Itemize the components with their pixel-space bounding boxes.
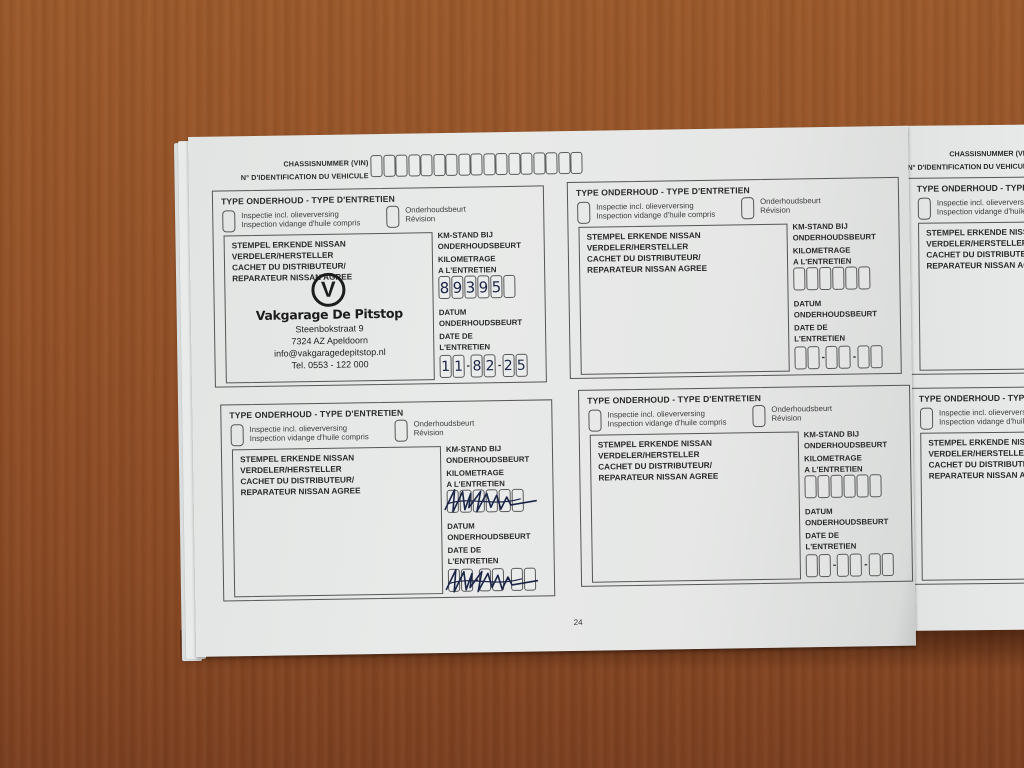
vin-cell[interactable] [395, 155, 407, 177]
option-revision-label: Onderhoudsbeurt Révision [760, 196, 821, 215]
option-oil-inspection-label: Inspectie incl. olieverversing Inspectio… [607, 409, 726, 429]
km-digit-cell[interactable] [806, 267, 818, 290]
date-cells[interactable]: 11-82-25 [439, 354, 528, 378]
entry-title: TYPE ONDERHOUD - TYPE D'ENTRETIEN [229, 408, 403, 421]
service-entry-bottom-right: TYPE ONDERHOUD - TYPE D'ENTRETIEN Inspec… [578, 385, 913, 587]
option-oil-inspection-checkbox[interactable] [231, 424, 244, 446]
km-digit-cell[interactable] [832, 267, 844, 290]
service-entry-top-left: TYPE ONDERHOUD - TYPE D'ENTRETIEN Inspec… [212, 185, 547, 387]
vin-row: CHASSISNUMMER (VIN) N° D'IDENTIFICATION … [188, 126, 908, 137]
entry-box-partial: TYPE ONDERHOUD - TYPE D'ENTRETIEN Inspec… [910, 386, 1024, 585]
option-revision-label: Onderhoudsbeurt Révision [771, 404, 832, 423]
service-entry-bottom-left: TYPE ONDERHOUD - TYPE D'ENTRETIEN Inspec… [220, 399, 555, 601]
date-digit-handwritten[interactable]: 1 [439, 355, 451, 378]
entry-title: TYPE ONDERHOUD - TYPE D'ENTRETIEN [917, 182, 1024, 194]
stamp-area: STEMPEL ERKENDE NISSANVERDELER/HERSTELLE… [918, 221, 1024, 371]
km-digit-cell[interactable] [858, 266, 870, 289]
date-digit-cell[interactable] [806, 554, 818, 577]
km-labels: KM-STAND BIJ ONDERHOUDSBEURT KILOMETRAGE… [792, 220, 876, 267]
date-cells[interactable]: -- [794, 345, 883, 369]
date-separator: - [853, 352, 857, 363]
vin-cell[interactable] [495, 153, 507, 175]
garage-email: info@vakgaragedepitstop.nl [226, 346, 433, 359]
km-digit-cell[interactable] [869, 474, 881, 497]
garage-logo-icon: V [311, 273, 346, 308]
option-revision-checkbox[interactable] [386, 206, 399, 228]
date-digit-cell[interactable] [826, 346, 838, 369]
km-cells[interactable] [804, 474, 882, 498]
entry-title: TYPE ONDERHOUD - TYPE D'ENTRETIEN [221, 194, 395, 207]
dealer-stamp-area: STEMPEL ERKENDE NISSAN VERDELER/HERSTELL… [590, 431, 801, 582]
date-digit-handwritten[interactable]: 8 [471, 354, 483, 377]
date-labels: DATUM ONDERHOUDSBEURT DATE DE L'ENTRETIE… [439, 306, 523, 353]
option-revision-checkbox[interactable] [394, 420, 407, 442]
km-labels: KM-STAND BIJ ONDERHOUDSBEURT KILOMETRAGE… [804, 428, 888, 475]
km-digit-handwritten[interactable]: 3 [464, 275, 476, 298]
date-labels: DATUM ONDERHOUDSBEURT DATE DE L'ENTRETIE… [447, 520, 531, 567]
km-digit-handwritten[interactable]: 8 [438, 276, 450, 299]
garage-city: 7324 AZ Apeldoorn [226, 334, 433, 347]
date-digit-cell[interactable] [839, 346, 851, 369]
left-page: CHASSISNUMMER (VIN) N° D'IDENTIFICATION … [188, 126, 916, 657]
vin-cell[interactable] [433, 154, 445, 176]
stamp-title: STEMPEL ERKENDE NISSAN VERDELER/HERSTELL… [240, 452, 361, 498]
option1-checkbox[interactable] [920, 408, 933, 430]
km-scribble [441, 485, 541, 517]
vin-cell[interactable] [558, 152, 570, 174]
vin-cell[interactable] [545, 152, 557, 174]
date-separator: - [833, 560, 837, 571]
km-labels: KM-STAND BIJ ONDERHOUDSBEURT KILOMETRAGE… [437, 229, 521, 276]
vin-cell[interactable] [408, 154, 420, 176]
date-digit-cell[interactable] [881, 553, 893, 576]
vin-label-fr: N° D'IDENTIFICATION DU VEHICULE [189, 169, 369, 185]
garage-phone: Tel. 0553 - 122 000 [227, 358, 434, 371]
entry-title: TYPE ONDERHOUD - TYPE D'ENTRETIEN [576, 185, 750, 198]
date-labels: DATUM ONDERHOUDSBEURT DATE DE L'ENTRETIE… [794, 297, 878, 344]
km-cells[interactable]: 89395 [438, 275, 516, 299]
option-revision-checkbox[interactable] [752, 405, 765, 427]
km-cells[interactable] [793, 266, 871, 290]
date-digit-handwritten[interactable]: 2 [484, 354, 496, 377]
date-digit-cell[interactable] [794, 346, 806, 369]
km-digit-handwritten[interactable]: 9 [477, 275, 489, 298]
vin-cell[interactable] [520, 153, 532, 175]
date-digit-cell[interactable] [837, 554, 849, 577]
vin-cell[interactable] [420, 154, 432, 176]
option1-checkbox[interactable] [918, 198, 931, 220]
date-digit-handwritten[interactable]: 2 [502, 354, 514, 377]
date-digit-cell[interactable] [870, 345, 882, 368]
vin-cell[interactable] [458, 154, 470, 176]
option1-label: Inspectie incl. olieverversingInspection… [939, 407, 1024, 426]
option-revision-checkbox[interactable] [741, 197, 754, 219]
page-number: 24 [574, 618, 583, 627]
vin-cell[interactable] [508, 153, 520, 175]
km-digit-cell[interactable] [804, 475, 816, 498]
option-oil-inspection-checkbox[interactable] [588, 410, 601, 432]
vin-cell[interactable] [445, 154, 457, 176]
vin-cell[interactable] [383, 155, 395, 177]
date-digit-cell[interactable] [850, 553, 862, 576]
option1-label: Inspectie incl. olieverversingInspection… [937, 197, 1024, 216]
entry-title: TYPE ONDERHOUD - TYPE D'ENTRETIEN [587, 393, 761, 406]
date-separator: - [498, 360, 502, 371]
vin-cell[interactable] [470, 153, 482, 175]
option-oil-inspection-label: Inspectie incl. olieverversing Inspectio… [250, 423, 369, 443]
option-revision-label: Onderhoudsbeurt Révision [413, 419, 474, 438]
vin-cell[interactable] [370, 155, 382, 177]
km-labels: KM-STAND BIJ ONDERHOUDSBEURT KILOMETRAGE… [446, 443, 530, 490]
vin-label-nl: CHASSISNUMMER (VIN) [949, 149, 1024, 159]
garage-name: Vakgarage De Pitstop [226, 305, 433, 323]
km-digit-cell[interactable] [817, 475, 829, 498]
vin-cell[interactable] [570, 152, 582, 174]
stamp-title: STEMPEL ERKENDE NISSAN VERDELER/HERSTELL… [587, 230, 708, 276]
date-digit-cell[interactable] [868, 553, 880, 576]
vin-input-cells[interactable] [370, 152, 583, 177]
date-cells[interactable]: -- [806, 553, 895, 577]
entry-box-partial: TYPE ONDERHOUD - TYPE D'ENTRETIEN Inspec… [908, 176, 1024, 375]
date-digit-handwritten[interactable]: 5 [515, 354, 527, 377]
km-digit-cell[interactable] [843, 475, 855, 498]
date-digit-cell[interactable] [819, 554, 831, 577]
date-digit-handwritten[interactable]: 1 [452, 355, 464, 378]
date-separator: - [467, 361, 471, 372]
km-digit-handwritten[interactable]: 5 [490, 275, 502, 298]
km-digit-cell[interactable] [856, 474, 868, 497]
date-digit-cell[interactable] [857, 345, 869, 368]
option-oil-inspection-label: Inspectie incl. olieverversing Inspectio… [596, 201, 715, 221]
stamp-area: STEMPEL ERKENDE NISSANVERDELER/HERSTELLE… [920, 431, 1024, 581]
km-digit-cell[interactable] [819, 267, 831, 290]
km-digit-cell[interactable] [793, 267, 805, 290]
vin-labels: CHASSISNUMMER (VIN) N° D'IDENTIFICATION … [188, 156, 368, 185]
dealer-stamp-area: STEMPEL ERKENDE NISSAN VERDELER/HERSTELL… [232, 446, 443, 597]
dealer-stamp-area: STEMPEL ERKENDE NISSAN VERDELER/HERSTELL… [224, 232, 435, 383]
date-labels: DATUM ONDERHOUDSBEURT DATE DE L'ENTRETIE… [805, 505, 889, 552]
km-digit-handwritten[interactable]: 9 [451, 276, 463, 299]
option-oil-inspection-checkbox[interactable] [222, 210, 235, 232]
stamp-title: STEMPEL ERKENDE NISSAN VERDELER/HERSTELL… [598, 438, 719, 484]
date-separator: - [821, 352, 825, 363]
stamp-title: STEMPEL ERKENDE NISSANVERDELER/HERSTELLE… [926, 226, 1024, 271]
service-entry-top-right: TYPE ONDERHOUD - TYPE D'ENTRETIEN Inspec… [567, 177, 902, 379]
option-revision-label: Onderhoudsbeurt Révision [405, 205, 466, 224]
entry-title: TYPE ONDERHOUD - TYPE D'ENTRETIEN [919, 392, 1024, 404]
vin-cell[interactable] [533, 152, 545, 174]
km-digit-cell[interactable] [830, 475, 842, 498]
vin-label-fr: N° D'IDENTIFICATION DU VEHICULE [907, 162, 1024, 172]
km-digit-cell[interactable] [845, 267, 857, 290]
km-digit-cell[interactable] [503, 275, 515, 298]
date-separator: - [864, 559, 868, 570]
date-digit-cell[interactable] [807, 346, 819, 369]
garage-street: Steenbokstraat 9 [226, 322, 433, 335]
date-scribble [442, 564, 542, 596]
option-oil-inspection-label: Inspectie incl. olieverversing Inspectio… [241, 209, 360, 229]
stamp-title: STEMPEL ERKENDE NISSANVERDELER/HERSTELLE… [928, 436, 1024, 481]
vin-cell[interactable] [483, 153, 495, 175]
dealer-stamp-area: STEMPEL ERKENDE NISSAN VERDELER/HERSTELL… [578, 224, 789, 375]
option-oil-inspection-checkbox[interactable] [577, 202, 590, 224]
